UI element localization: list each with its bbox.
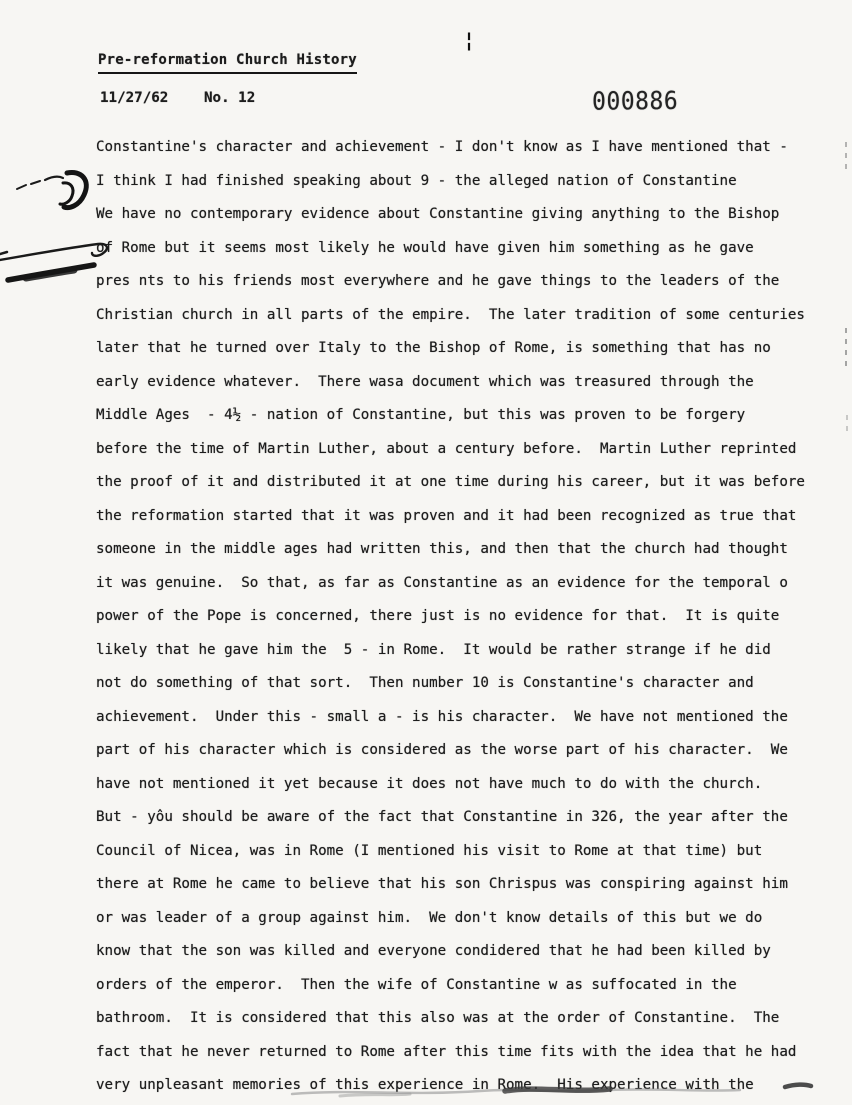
text-line: there at Rome he came to believe that hi… <box>96 868 805 902</box>
text-line: early evidence whatever. There wasa docu… <box>96 366 805 400</box>
text-line: very unpleasant memories of this experie… <box>96 1069 805 1103</box>
text-line: have not mentioned it yet because it doe… <box>96 768 805 802</box>
text-line: Council of Nicea, was in Rome (I mention… <box>96 835 805 869</box>
text-line: We have no contemporary evidence about C… <box>96 198 805 232</box>
text-line: pres nts to his friends most everywhere … <box>96 265 805 299</box>
scanned-document-page: ¦ Pre-reformation Church History 11/27/6… <box>0 0 852 1105</box>
document-date: 11/27/62 <box>100 90 168 106</box>
stray-ink-mark: ¦ <box>463 28 475 52</box>
right-edge-artifact <box>845 142 847 170</box>
handwritten-margin-squiggle <box>15 165 107 223</box>
text-line: I think I had finished speaking about 9 … <box>96 165 805 199</box>
text-line: bathroom. It is considered that this als… <box>96 1002 805 1036</box>
right-edge-artifact <box>846 415 848 437</box>
text-line: it was genuine. So that, as far as Const… <box>96 567 805 601</box>
document-number: No. 12 <box>204 90 255 106</box>
text-line: or was leader of a group against him. We… <box>96 902 805 936</box>
text-line: part of his character which is considere… <box>96 734 805 768</box>
text-line: before the time of Martin Luther, about … <box>96 433 805 467</box>
text-line: not do something of that sort. Then numb… <box>96 667 805 701</box>
text-line: orders of the emperor. Then the wife of … <box>96 969 805 1003</box>
text-line: likely that he gave him the 5 - in Rome.… <box>96 634 805 668</box>
text-line: But - yôu should be aware of the fact th… <box>96 801 805 835</box>
right-edge-artifact <box>845 328 847 372</box>
text-line: achievement. Under this - small a - is h… <box>96 701 805 735</box>
text-line: the reformation started that it was prov… <box>96 500 805 534</box>
text-line: Middle Ages - 4½ - nation of Constantine… <box>96 399 805 433</box>
text-line: power of the Pope is concerned, there ju… <box>96 600 805 634</box>
text-line: Christian church in all parts of the emp… <box>96 299 805 333</box>
text-line: someone in the middle ages had written t… <box>96 533 805 567</box>
text-line: later that he turned over Italy to the B… <box>96 332 805 366</box>
text-line: know that the son was killed and everyon… <box>96 935 805 969</box>
text-line: the proof of it and distributed it at on… <box>96 466 805 500</box>
text-line: Constantine's character and achievement … <box>96 131 805 165</box>
text-line: of Rome but it seems most likely he woul… <box>96 232 805 266</box>
document-title: Pre-reformation Church History <box>98 52 357 74</box>
text-line: fact that he never returned to Rome afte… <box>96 1036 805 1070</box>
page-number-stamp: 000886 <box>592 87 678 116</box>
document-body: Constantine's character and achievement … <box>96 131 805 1103</box>
